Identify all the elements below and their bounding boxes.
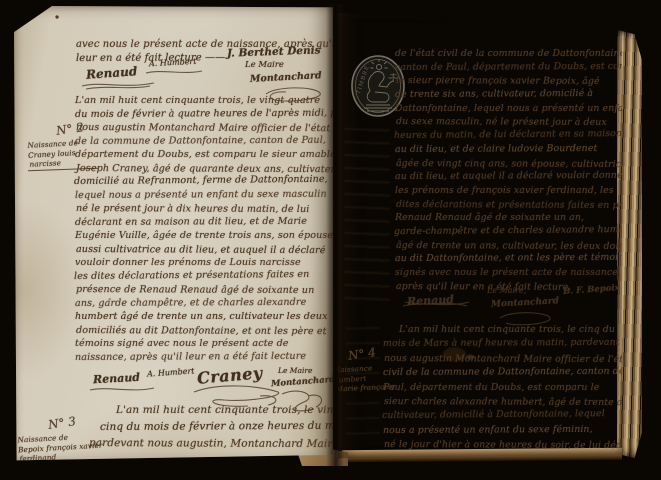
- handwriting-line: les prénoms de françois xavier ferdinand…: [395, 184, 661, 198]
- handwriting-line: nous a présenté un enfant du sexe fémini…: [383, 422, 649, 438]
- signature-humbert: A. Humbert: [147, 366, 195, 378]
- handwriting-line: né le jour d'hier à onze heures du soir,…: [384, 438, 650, 454]
- handwriting-line: heures du matin, de lui déclarant en sa …: [394, 127, 661, 143]
- handwriting-line: pardevant nous augustin, Montanchard Mai…: [89, 435, 366, 453]
- left-page: avec nous le présent acte de naissance, …: [14, 6, 333, 464]
- signature-flourish: [88, 385, 158, 394]
- signature-maire-title: Le Maire: [278, 366, 312, 375]
- handwriting-line: de l'état civil de la commune de Dattonf…: [395, 47, 661, 61]
- signature-humbert: A. Humbert: [149, 57, 197, 68]
- handwriting-line: au dit Dattonfontaine, et ont les père e…: [395, 251, 661, 266]
- handwriting-line: Dattonfontaine, lequel nous a présenté u…: [395, 102, 661, 116]
- handwriting-line: au dit lieu, et de claire ludovie Bourde…: [395, 141, 661, 156]
- handwriting-line: mois de Mars à neuf heures du matin, par…: [383, 336, 649, 352]
- act4-body-paragraph: L'an mil huit cent cinquante trois, le c…: [383, 323, 649, 453]
- scanned-register-spread: avec nous le présent acte de naissance, …: [0, 0, 661, 480]
- handwriting-line: cultivateur, domicilié à Dattonfontaine,…: [382, 407, 648, 424]
- act-number: N° 3: [47, 414, 77, 432]
- handwriting-line: au dit lieu, et auquel il a déclaré voul…: [395, 169, 661, 184]
- act3-body-paragraph: de l'état civil de la commune de Dattonf…: [395, 47, 661, 293]
- binding-gutter-shadow: [326, 4, 344, 470]
- act3-opening-paragraph: L'an mil huit cent cinquante trois, le v…: [88, 402, 365, 452]
- handwriting-line: civil de la commune de Dattonfontaine, c…: [383, 365, 649, 381]
- right-page: 2ième feuillet TIMBRE de l'état civil de…: [338, 10, 622, 460]
- signature-maire-montanchard: Montanchard: [250, 70, 322, 85]
- signature-flourish: [401, 298, 471, 310]
- handwriting-line: Paul, département du Doubs, est comparu …: [383, 381, 649, 395]
- ink-showthrough: [344, 128, 390, 304]
- signature-maire-montanchard: Montanchard: [491, 296, 559, 310]
- act-number: N° 4: [347, 345, 377, 363]
- handwriting-line: garde-champêtre et de charles alexandre …: [394, 223, 661, 239]
- sheet-number-note: 2ième feuillet: [546, 9, 609, 29]
- handwriting-line: canton de Paul, département du Doubs, es…: [395, 59, 661, 74]
- handwriting-line: dites déclarations et présentations fait…: [396, 198, 661, 213]
- handwriting-line: signés avec nous le présent acte de nais…: [395, 266, 661, 280]
- signature-renaud: Renaud: [93, 371, 141, 386]
- handwriting-line: de trente six ans, cultivateur, domicili…: [395, 87, 661, 102]
- signature-maire-title: Le Maire,: [487, 286, 526, 295]
- margin-note-underline: [18, 461, 110, 465]
- signature-flourish: [80, 80, 158, 90]
- signature-flourish: [144, 68, 204, 76]
- handwriting-line: après qu'il leur en a été fait lecture.: [396, 280, 661, 295]
- signature-maire-title: Le Maire: [245, 60, 284, 70]
